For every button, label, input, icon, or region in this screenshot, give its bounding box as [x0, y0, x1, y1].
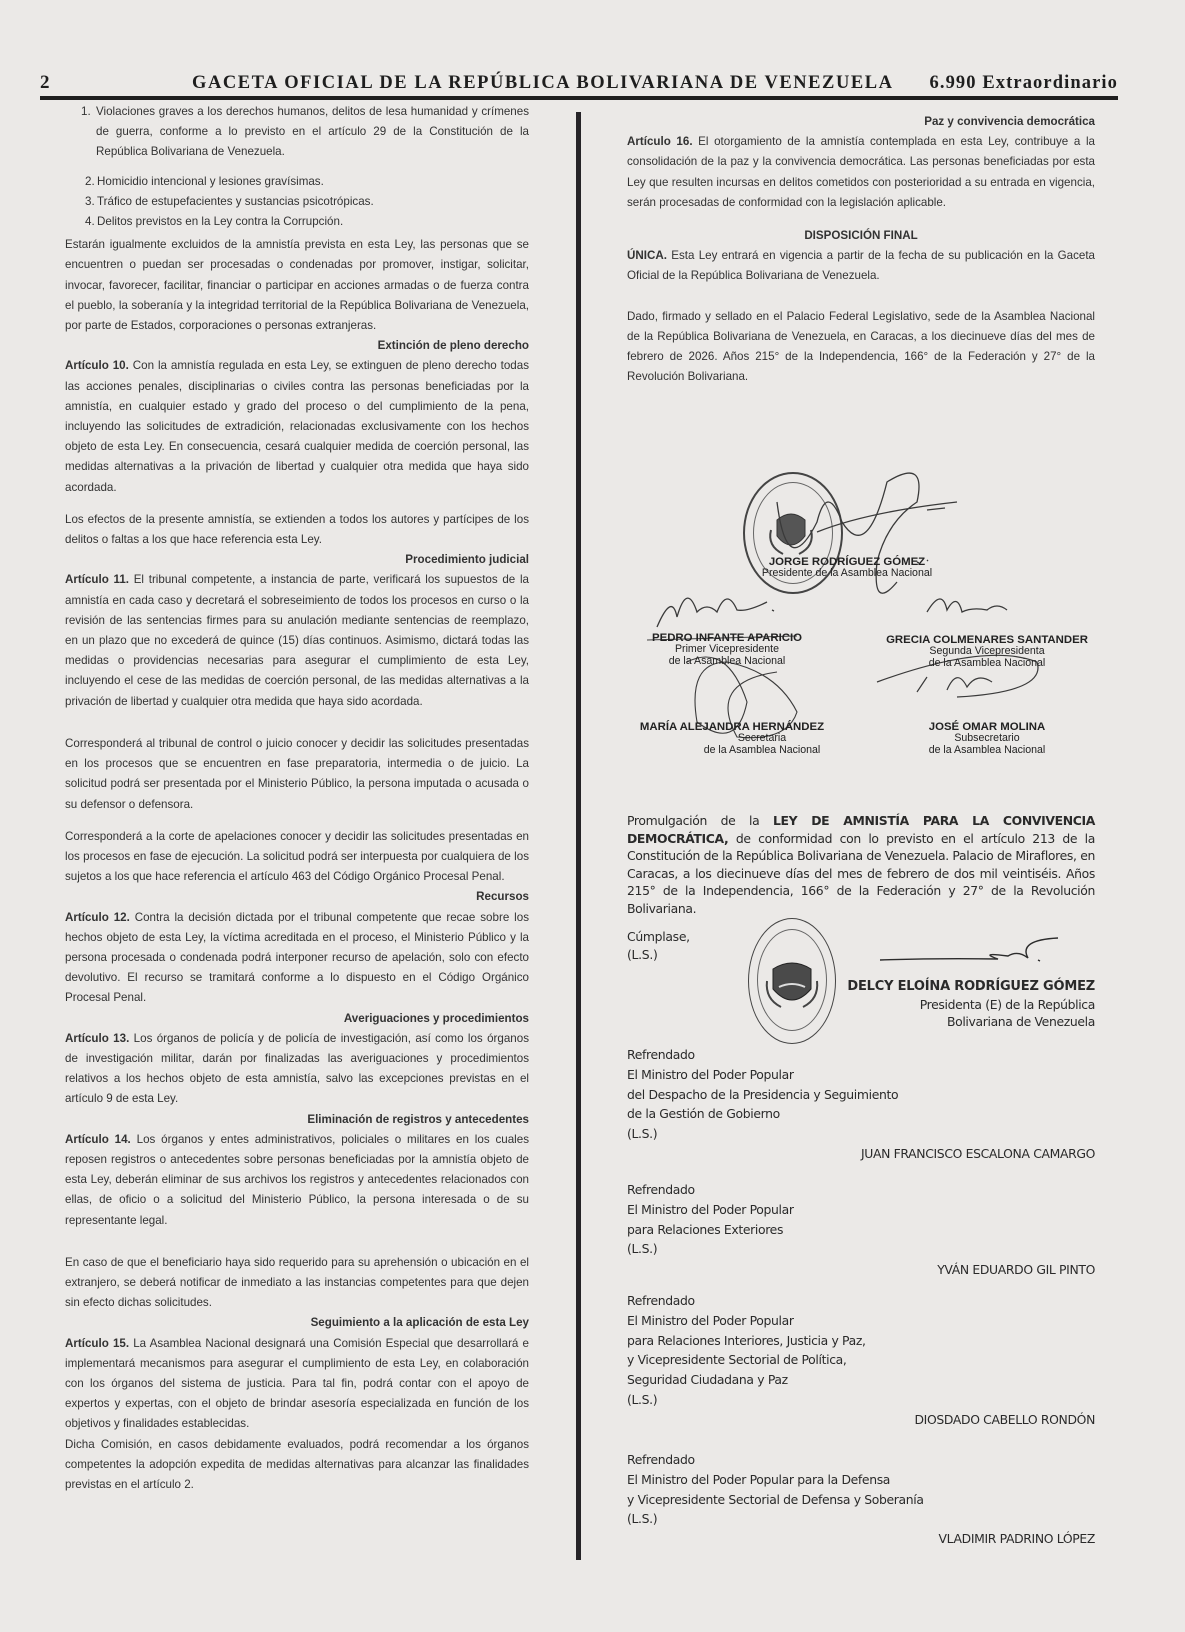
- signature-pedro-infante: PEDRO INFANTE APARICIO Primer Vicepresid…: [627, 633, 827, 667]
- article-11-extra-1: Corresponderá al tribunal de control o j…: [65, 734, 529, 815]
- signature-jorge-rodriguez: JORGE RODRÍGUEZ GÓMEZ Presidente de la A…: [727, 557, 967, 580]
- header-rule: [40, 96, 1118, 100]
- article-14: Artículo 14. Los órganos y entes adminis…: [65, 1130, 529, 1231]
- page-number: 2: [40, 72, 50, 94]
- heading-art16: Paz y convivencia democrática: [627, 112, 1095, 132]
- list-item: 2. Homicidio intencional y lesiones grav…: [65, 172, 529, 192]
- heading-art15: Seguimiento a la aplicación de esta Ley: [65, 1313, 529, 1333]
- presidency-seal-icon: [748, 918, 836, 1044]
- article-11-extra-2: Corresponderá a la corte de apelaciones …: [65, 827, 529, 888]
- heading-art12: Recursos: [65, 887, 529, 907]
- signature-maria-hernandez: MARÍA ALEJANDRA HERNÁNDEZ Secretaria de …: [627, 722, 837, 756]
- president-signature: DELCY ELOÍNA RODRÍGUEZ GÓMEZ Presidenta …: [847, 978, 1095, 1031]
- signature-jose-molina: JOSÉ OMAR MOLINA Subsecretario de la Asa…: [897, 722, 1077, 756]
- exclusions-list: 1. Violaciones graves a los derechos hum…: [65, 102, 529, 232]
- heading-art11: Procedimiento judicial: [65, 550, 529, 570]
- signature-grecia-colmenares: GRECIA COLMENARES SANTANDER Segunda Vice…: [877, 635, 1097, 669]
- countersignature-padrino: Refrendado El Ministro del Poder Popular…: [627, 1450, 1095, 1549]
- gazette-header: 2 GACETA OFICIAL DE LA REPÚBLICA BOLIVAR…: [40, 72, 1118, 98]
- article-12: Artículo 12. Contra la decisión dictada …: [65, 908, 529, 1009]
- article-15-extra: Dicha Comisión, en casos debidamente eva…: [65, 1435, 529, 1496]
- exclusions-paragraph: Estarán igualmente excluidos de la amnis…: [65, 235, 529, 336]
- countersignature-escalona: Refrendado El Ministro del Poder Popular…: [627, 1045, 1095, 1164]
- countersignature-gil: Refrendado El Ministro del Poder Popular…: [627, 1180, 1095, 1280]
- president-signature-icon: [878, 930, 1068, 970]
- heading-art10: Extinción de pleno derecho: [65, 336, 529, 356]
- list-item: 1. Violaciones graves a los derechos hum…: [65, 102, 529, 163]
- heading-art14: Eliminación de registros y antecedentes: [65, 1110, 529, 1130]
- gazette-title: GACETA OFICIAL DE LA REPÚBLICA BOLIVARIA…: [192, 73, 894, 94]
- heading-art13: Averiguaciones y procedimientos: [65, 1009, 529, 1029]
- left-column: 1. Violaciones graves a los derechos hum…: [65, 102, 529, 1495]
- article-10-extra: Los efectos de la presente amnistía, se …: [65, 510, 529, 550]
- article-16: Artículo 16. El otorgamiento de la amnis…: [627, 132, 1095, 213]
- promulgation-paragraph: Promulgación de la LEY DE AMNISTÍA PARA …: [627, 812, 1095, 918]
- list-item: 3. Tráfico de estupefacientes y sustanci…: [65, 192, 529, 212]
- final-disposition-heading: DISPOSICIÓN FINAL: [627, 226, 1095, 246]
- coat-of-arms-icon: [749, 919, 835, 1043]
- countersignature-cabello: Refrendado El Ministro del Poder Popular…: [627, 1291, 1095, 1430]
- article-10: Artículo 10. Con la amnistía regulada en…: [65, 356, 529, 497]
- article-15: Artículo 15. La Asamblea Nacional design…: [65, 1334, 529, 1435]
- right-column: Paz y convivencia democrática Artículo 1…: [627, 112, 1095, 387]
- final-disposition: ÚNICA. Esta Ley entrará en vigencia a pa…: [627, 246, 1095, 286]
- list-item: 4. Delitos previstos en la Ley contra la…: [65, 212, 529, 232]
- column-divider: [576, 112, 581, 1560]
- article-13: Artículo 13. Los órganos de policía y de…: [65, 1029, 529, 1110]
- given-paragraph: Dado, firmado y sellado en el Palacio Fe…: [627, 307, 1095, 388]
- cumplase: Cúmplase, (L.S.): [627, 928, 690, 963]
- assembly-signatures: JORGE RODRÍGUEZ GÓMEZ Presidente de la A…: [627, 462, 1097, 772]
- issue-number: 6.990 Extraordinario: [930, 73, 1119, 94]
- article-14-extra: En caso de que el beneficiario haya sido…: [65, 1253, 529, 1314]
- article-11: Artículo 11. El tribunal competente, a i…: [65, 570, 529, 711]
